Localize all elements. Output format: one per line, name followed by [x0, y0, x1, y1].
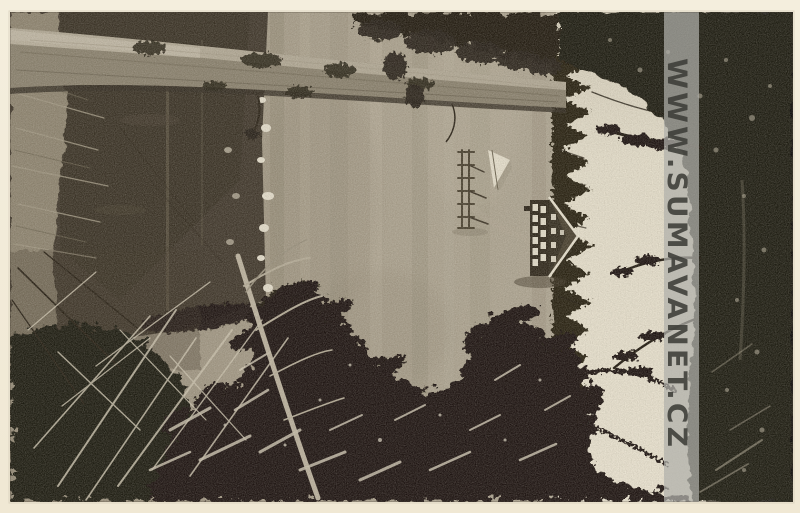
- postcard-photo-canvas: WWW.SUMAVANET.CZ: [0, 0, 800, 513]
- watermark-text: WWW.SUMAVANET.CZ: [661, 58, 692, 450]
- postcard-photo: WWW.SUMAVANET.CZ: [0, 0, 800, 513]
- photo: WWW.SUMAVANET.CZ: [10, 12, 793, 502]
- watermark-band: WWW.SUMAVANET.CZ: [661, 12, 699, 502]
